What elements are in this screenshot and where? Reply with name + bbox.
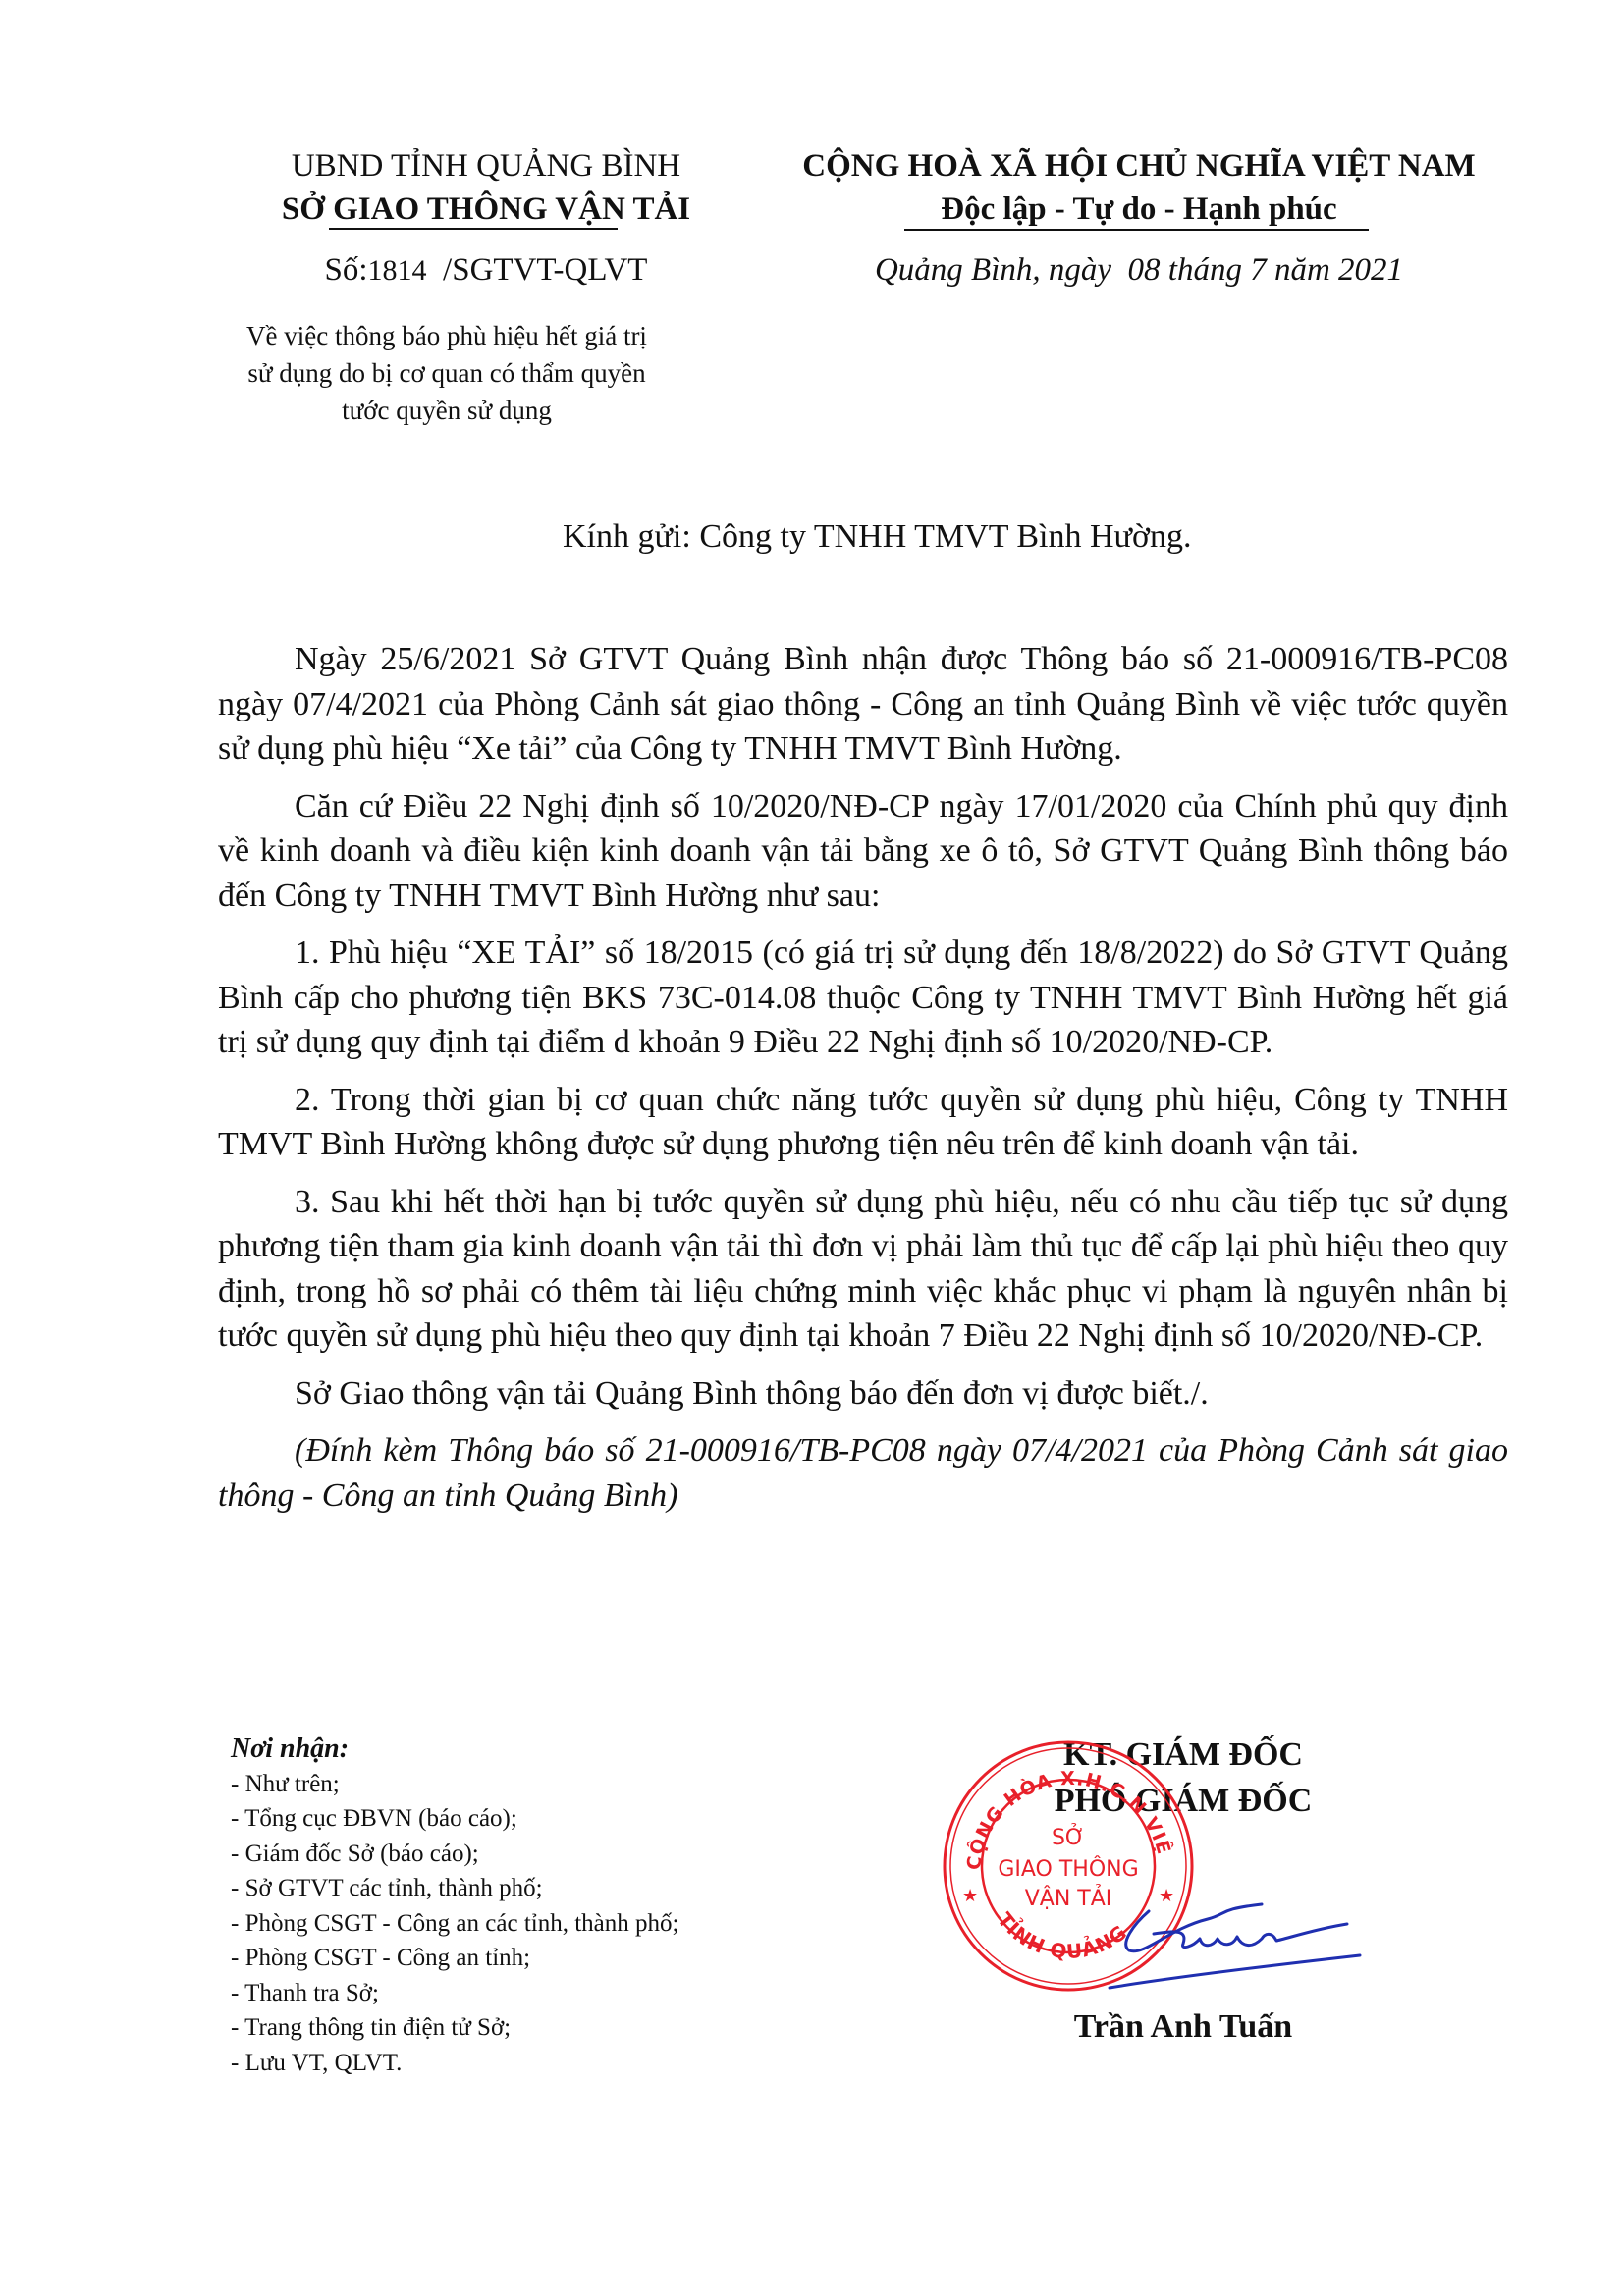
department-underline xyxy=(329,228,618,230)
body-paragraph: Căn cứ Điều 22 Nghị định số 10/2020/NĐ-C… xyxy=(218,784,1508,919)
number-suffix: /SGTVT-QLVT xyxy=(443,252,647,288)
recipient-item: - Thanh tra Sở; xyxy=(231,1976,678,2011)
recipient-item: - Giám đốc Sở (báo cáo); xyxy=(231,1837,678,1872)
seal-center-line: SỞ xyxy=(1052,1823,1085,1850)
body-paragraph: 2. Trong thời gian bị cơ quan chức năng … xyxy=(218,1078,1508,1167)
recipients-title: Nơi nhận: xyxy=(231,1732,678,1767)
signer-name: Trần Anh Tuấn xyxy=(992,2005,1375,2049)
issuing-department: SỞ GIAO THÔNG VẬN TẢI xyxy=(245,187,727,231)
addressee: Kính gửi: Công ty TNHH TMVT Bình Hường. xyxy=(563,515,1191,559)
svg-text:CỘNG HÒA X.H.C.N VIỆT NAM: CỘNG HÒA X.H.C.N VIỆT NAM xyxy=(941,1738,1176,1871)
subject-line: Về việc thông báo phù hiệu hết giá trị xyxy=(221,317,673,354)
issuing-authority: UBND TỈNH QUẢNG BÌNH xyxy=(245,144,727,187)
number-prefix: Số: xyxy=(325,252,368,288)
attachment-note: (Đính kèm Thông báo số 21-000916/TB-PC08… xyxy=(218,1428,1508,1518)
number-value: 1814 xyxy=(368,254,427,287)
recipient-item: - Trang thông tin điện tử Sở; xyxy=(231,2010,678,2046)
subject-block: Về việc thông báo phù hiệu hết giá trị s… xyxy=(221,317,673,429)
seal-top-text: CỘNG HÒA X.H.C.N VIỆT NAM xyxy=(941,1738,1176,1871)
handwritten-signature-icon xyxy=(1090,1890,1384,1998)
document-number: Số:1814 /SGTVT-QLVT xyxy=(245,248,727,293)
body-paragraph: Ngày 25/6/2021 Sở GTVT Quảng Bình nhận đ… xyxy=(218,637,1508,772)
recipients-block: Nơi nhận: - Như trên; - Tổng cục ĐBVN (b… xyxy=(231,1732,678,2080)
body-paragraph: 1. Phù hiệu “XE TẢI” số 18/2015 (có giá … xyxy=(218,931,1508,1065)
national-motto: Độc lập - Tự do - Hạnh phúc xyxy=(756,187,1522,231)
subject-line: tước quyền sử dụng xyxy=(221,392,673,429)
recipient-item: - Lưu VT, QLVT. xyxy=(231,2046,678,2081)
recipient-item: - Phòng CSGT - Công an các tỉnh, thành p… xyxy=(231,1906,678,1942)
recipient-item: - Phòng CSGT - Công an tỉnh; xyxy=(231,1941,678,1976)
subject-line: sử dụng do bị cơ quan có thẩm quyền xyxy=(221,354,673,392)
national-title: CỘNG HOÀ XÃ HỘI CHỦ NGHĨA VIỆT NAM xyxy=(756,144,1522,187)
place-date: Quảng Bình, ngày 08 tháng 7 năm 2021 xyxy=(756,248,1522,292)
recipient-item: - Như trên; xyxy=(231,1767,678,1802)
recipient-item: - Sở GTVT các tỉnh, thành phố; xyxy=(231,1871,678,1906)
body-paragraph: 3. Sau khi hết thời hạn bị tước quyền sử… xyxy=(218,1180,1508,1359)
seal-center-line: GIAO THÔNG xyxy=(998,1856,1138,1882)
recipient-item: - Tổng cục ĐBVN (báo cáo); xyxy=(231,1801,678,1837)
motto-underline xyxy=(904,229,1369,231)
svg-text:★: ★ xyxy=(962,1886,978,1906)
document-body: Ngày 25/6/2021 Sở GTVT Quảng Bình nhận đ… xyxy=(218,637,1508,1530)
body-paragraph: Sở Giao thông vận tải Quảng Bình thông b… xyxy=(218,1371,1508,1416)
